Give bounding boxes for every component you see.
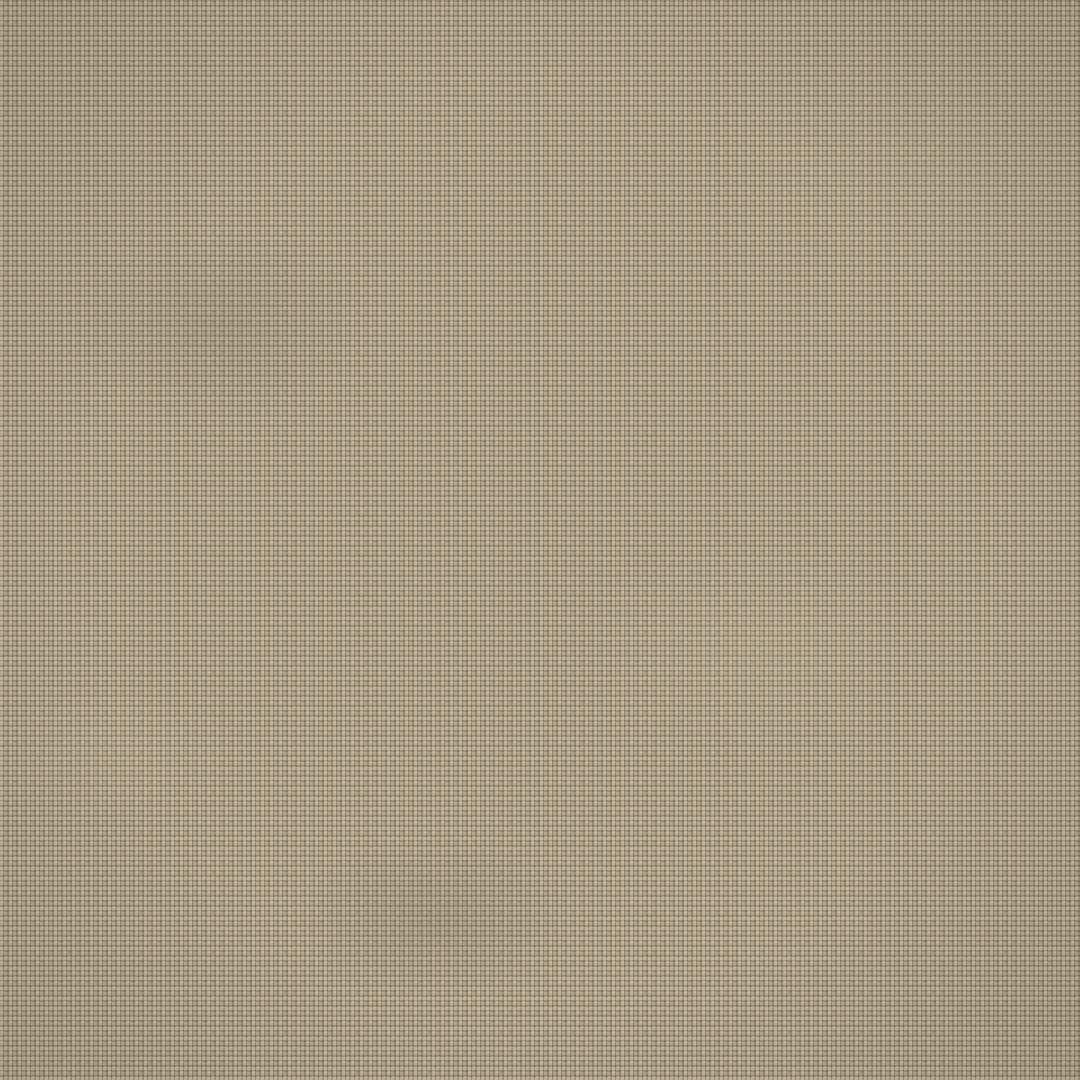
lighting-vignette bbox=[0, 0, 1080, 1080]
linen-fabric-texture bbox=[0, 0, 1080, 1080]
